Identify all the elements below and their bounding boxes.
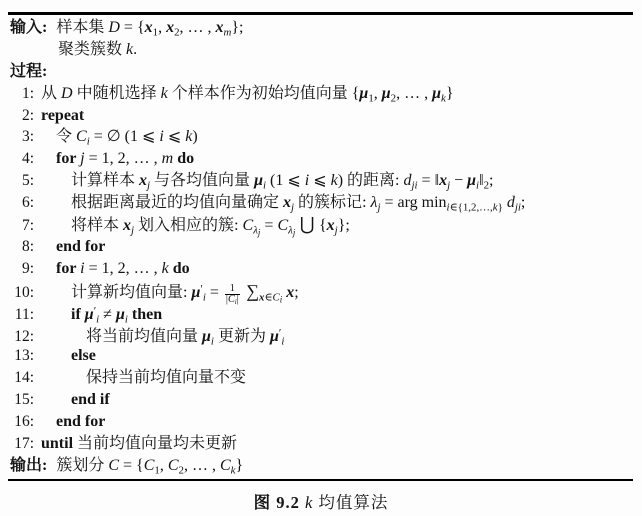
algo-line-content: else <box>41 347 96 364</box>
line-number: 8: <box>10 236 34 258</box>
line-number: 1: <box>10 83 34 105</box>
algo-step-9: 9:for i = 1, 2, … , k do <box>8 258 633 280</box>
algo-line-content: for j = 1, 2, … , m do <box>41 150 194 167</box>
algo-line-content: 根据距离最近的均值向量确定 xj 的簇标记: λj = arg mini∈{1,… <box>41 194 525 211</box>
algo-step-14: 14:保持当前均值向量不变 <box>8 367 633 389</box>
line-number: 15: <box>10 389 34 411</box>
algo-step-6: 6:根据距离最近的均值向量确定 xj 的簇标记: λj = arg mini∈{… <box>8 192 633 214</box>
algo-step-1: 1:从 D 中随机选择 k 个样本作为初始均值向量 {μ1, μ2, … , μ… <box>8 83 633 105</box>
algo-line-content: 保持当前均值向量不变 <box>41 369 246 386</box>
algo-step-12: 12:将当前均值向量 μi 更新为 μ′i <box>8 323 633 345</box>
algo-step-8: 8:end for <box>8 236 633 258</box>
line-number: 10: <box>10 282 34 304</box>
algo-step-5: 5:计算样本 xj 与各均值向量 μi (1 ⩽ i ⩽ k) 的距离: dji… <box>8 170 633 192</box>
algo-step-16: 16:end for <box>8 411 633 433</box>
algo-line-content: 将当前均值向量 μi 更新为 μ′i <box>41 328 284 345</box>
algo-line-content: 簇划分 C = {C1, C2, … , Ck} <box>56 457 243 474</box>
figure-caption: 图 9.2 k 均值算法 <box>0 489 642 513</box>
algo-line-content: 计算新均值向量: μ′i = 1|Ci| ∑x∈Ci x; <box>41 284 299 301</box>
algo-label-line: 过程: <box>8 61 633 83</box>
algorithm-box: 输入:样本集 D = {x1, x2, … , xm};聚类簇数 k.过程:1:… <box>8 12 633 481</box>
fraction: 1|Ci| <box>225 284 240 307</box>
algo-label-line: 输入:样本集 D = {x1, x2, … , xm}; <box>8 17 633 39</box>
algo-step-15: 15:end if <box>8 389 633 411</box>
algo-line-content: 样本集 D = {x1, x2, … , xm}; <box>56 19 243 36</box>
algo-line-content: 将样本 xj 划入相应的簇: Cλj = Cλj ⋃ {xj}; <box>41 217 350 234</box>
algo-step-11: 11:if μ′i ≠ μi then <box>8 302 633 324</box>
algo-step-7: 7:将样本 xj 划入相应的簇: Cλj = Cλj ⋃ {xj}; <box>8 214 633 236</box>
algo-step-4: 4:for j = 1, 2, … , m do <box>8 148 633 170</box>
algo-line-content: end for <box>41 238 105 255</box>
line-number: 13: <box>10 345 34 367</box>
algo-continuation-line: 聚类簇数 k. <box>8 39 633 61</box>
algo-line-content: 聚类簇数 k. <box>58 41 137 58</box>
algo-line-content: for i = 1, 2, … , k do <box>41 260 190 277</box>
algo-line-content: end for <box>41 413 105 430</box>
algo-line-content: repeat <box>41 107 84 124</box>
line-number: 17: <box>10 433 34 455</box>
algo-label-line: 输出:簇划分 C = {C1, C2, … , Ck} <box>8 455 633 477</box>
algo-step-2: 2:repeat <box>8 105 633 127</box>
algo-line-content: 计算样本 xj 与各均值向量 μi (1 ⩽ i ⩽ k) 的距离: dji =… <box>41 172 493 189</box>
algo-step-13: 13:else <box>8 345 633 367</box>
line-number: 2: <box>10 105 34 127</box>
algo-line-content: 令 Ci = ∅ (1 ⩽ i ⩽ k) <box>41 128 198 145</box>
line-number: 4: <box>10 148 34 170</box>
algo-line-content: until 当前均值向量均未更新 <box>41 435 237 452</box>
page: { "colors": { "background": "#fdfdfd", "… <box>0 0 642 516</box>
line-number: 7: <box>10 215 34 237</box>
line-number: 6: <box>10 192 34 214</box>
section-label: 输出: <box>10 457 47 474</box>
line-number: 16: <box>10 411 34 433</box>
algo-line-content: end if <box>41 391 110 408</box>
algo-line-content: if μ′i ≠ μi then <box>41 306 162 323</box>
line-number: 3: <box>10 126 34 148</box>
line-number: 14: <box>10 367 34 389</box>
algo-step-3: 3:令 Ci = ∅ (1 ⩽ i ⩽ k) <box>8 126 633 148</box>
section-label: 输入: <box>10 19 47 36</box>
line-number: 9: <box>10 258 34 280</box>
section-label: 过程: <box>10 63 47 80</box>
algo-line-content: 从 D 中随机选择 k 个样本作为初始均值向量 {μ1, μ2, … , μk} <box>41 85 454 102</box>
algo-step-10: 10:计算新均值向量: μ′i = 1|Ci| ∑x∈Ci x; <box>8 280 633 302</box>
algo-step-17: 17:until 当前均值向量均未更新 <box>8 433 633 455</box>
line-number: 5: <box>10 170 34 192</box>
